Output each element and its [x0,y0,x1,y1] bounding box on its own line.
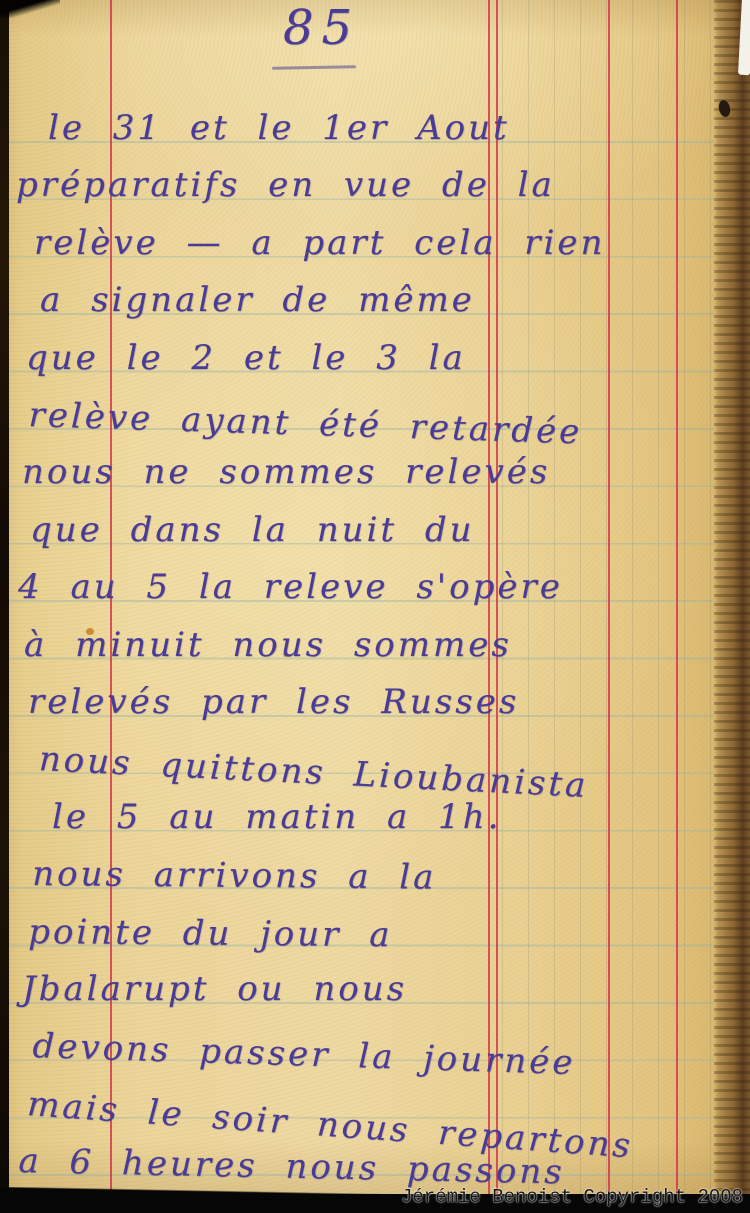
handwriting-line: à minuit nous sommes [24,625,512,665]
corner-scan-shadow [0,0,60,18]
book-edge [714,0,750,1213]
left-scan-border [0,0,9,1213]
copyright-watermark: Jérémie Benoist Copyright 2008 [401,1186,743,1208]
handwriting-line: Jbalarupt ou nous [22,969,407,1009]
handwriting-line: préparatifs en vue de la [16,165,555,205]
handwriting-line: nous ne sommes relevés [22,452,550,492]
handwriting-line: que le 2 et le 3 la [26,338,466,378]
handwriting-line: que dans la nuit du [30,510,475,550]
handwriting-line: 4 au 5 la releve s'opère [18,567,563,607]
handwriting-line: le 31 et le 1er Aout [48,108,510,148]
handwriting-line: relevés par les Russes [28,682,519,722]
margin-line-right-1 [608,0,610,1195]
handwriting-line: pointe du jour a [28,912,393,955]
handwriting-line: le 5 au matin a 1h. [52,797,501,837]
margin-line-right-2 [676,0,678,1195]
page-number-underline [272,65,356,69]
handwriting-line: nous arrivons a la [32,854,437,898]
page-number: 85 [283,0,360,56]
handwriting-line: a signaler de même [40,280,475,320]
scanned-diary-page: 85 le 31 et le 1er Aout préparatifs en v… [0,0,750,1213]
handwriting-line: relève — a part cela rien [34,223,605,263]
